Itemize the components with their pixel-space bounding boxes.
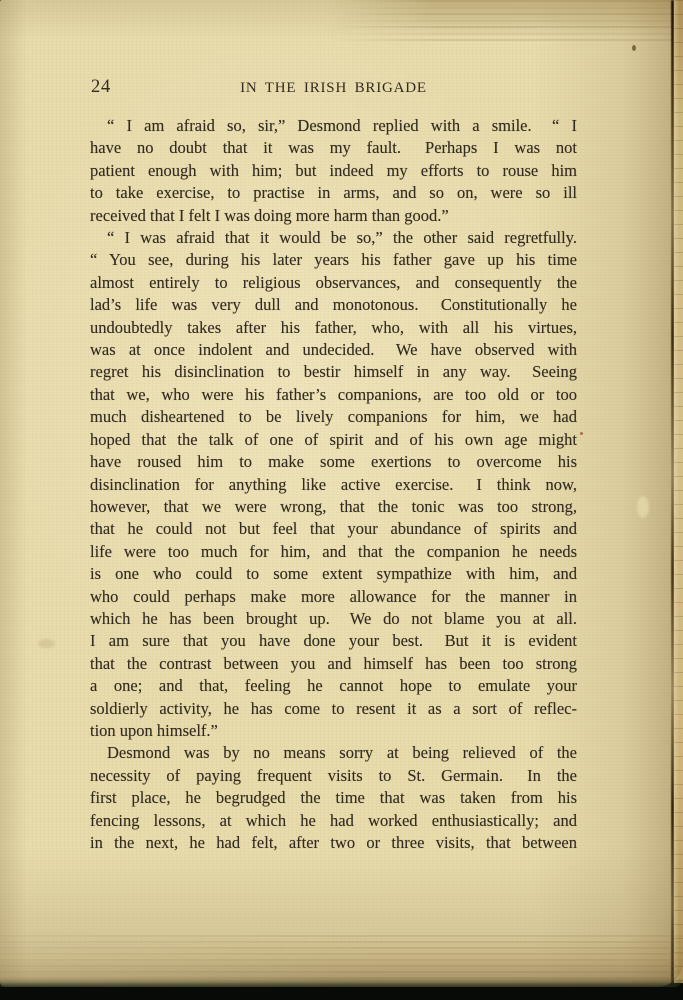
text-line: a one; and that, feeling he cannot hope …: [90, 675, 577, 697]
text-line: regret his disinclination to bestir hims…: [90, 361, 577, 383]
text-line: that he could not but feel that your abu…: [90, 518, 577, 540]
page-header: 24 IN THE IRISH BRIGADE: [90, 77, 577, 101]
text-line: received that I felt I was doing more ha…: [90, 205, 577, 227]
text-line: was at once indolent and undecided. We h…: [90, 339, 577, 361]
text-line: tion upon himself.”: [90, 720, 577, 742]
text-line: have no doubt that it was my fault. Perh…: [90, 137, 577, 159]
text-line: in the next, he had felt, after two or t…: [90, 832, 577, 854]
paper-stain: [632, 45, 636, 51]
right-page-edges: [674, 0, 683, 983]
book-page: 24 IN THE IRISH BRIGADE “ I am afraid so…: [0, 0, 683, 987]
text-line: soldierly activity, he has come to resen…: [90, 698, 577, 720]
text-line: who could perhaps make more allowance fo…: [90, 586, 577, 608]
text-line: which he has been brought up. We do not …: [90, 608, 577, 630]
text-line: have roused him to make some exertions t…: [90, 451, 577, 473]
paper-stain: [38, 639, 55, 648]
text-line: life were too much for him, and that the…: [90, 541, 577, 563]
text-line: first place, he begrudged the time that …: [90, 787, 577, 809]
right-edge-shade: [622, 0, 670, 987]
text-line: undoubtedly takes after his father, who,…: [90, 317, 577, 339]
text-line: disinclination for anything like active …: [90, 474, 577, 496]
running-title: IN THE IRISH BRIGADE: [240, 80, 427, 97]
text-line: “ I was afraid that it would be so,” the…: [90, 227, 577, 249]
scan-background: 24 IN THE IRISH BRIGADE “ I am afraid so…: [0, 0, 683, 1000]
text-line: to take exercise, to practise in arms, a…: [90, 182, 577, 204]
text-line: I am sure that you have done your best. …: [90, 630, 577, 652]
paper-stain: [637, 496, 649, 518]
text-line: hoped that the talk of one of spirit and…: [90, 429, 577, 451]
text-line: “ I am afraid so, sir,” Desmond replied …: [90, 115, 577, 137]
text-line: patient enough with him; but indeed my e…: [90, 160, 577, 182]
text-line: lad’s life was very dull and monotonous.…: [90, 294, 577, 316]
text-line: fencing lessons, at which he had worked …: [90, 810, 577, 832]
text-line: “ You see, during his later years his fa…: [90, 249, 577, 271]
text-line: much disheartened to be lively companion…: [90, 406, 577, 428]
page-body: “ I am afraid so, sir,” Desmond replied …: [90, 115, 577, 854]
text-line: necessity of paying frequent visits to S…: [90, 765, 577, 787]
text-line: is one who could to some extent sympathi…: [90, 563, 577, 585]
paper-stain: [580, 432, 583, 435]
text-line: however, that we were wrong, that the to…: [90, 496, 577, 518]
text-line: Desmond was by no means sorry at being r…: [90, 742, 577, 764]
text-line: almost entirely to religious observances…: [90, 272, 577, 294]
text-line: that the contrast between you and himsel…: [90, 653, 577, 675]
text-line: that we, who were his father’s companion…: [90, 384, 577, 406]
bottom-edge-shadow: [0, 978, 683, 987]
page-number: 24: [91, 77, 111, 98]
